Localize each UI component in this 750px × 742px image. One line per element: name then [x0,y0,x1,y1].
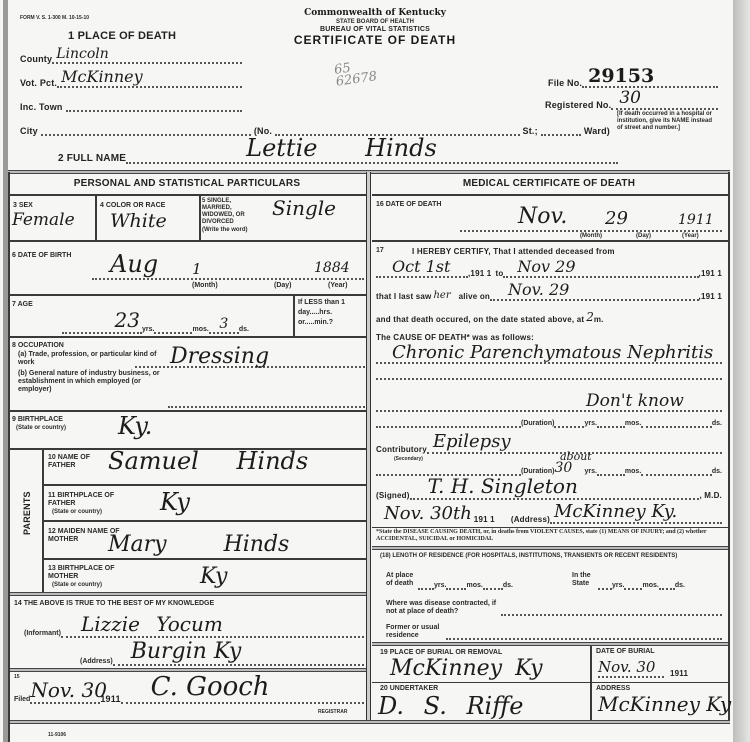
signed-year: 191 1 [474,515,495,524]
marital-note: (Write the word) [202,226,272,234]
date-of-death-label: 16 DATE OF DEATH [376,201,441,209]
month-caption: (Month) [192,282,218,290]
cause-line-2 [376,370,722,380]
disease-contracted-field[interactable]: Where was disease contracted, if not at … [386,596,722,616]
marital-label-block: 5 SINGLE, MARRIED, WIDOWED, OR DIVORCED … [202,198,272,234]
cause-duration-field[interactable]: (Duration) yrs. mos. ds. [376,414,722,428]
physician-signature: T. H. Singleton [410,474,700,500]
personal-heading: PERSONAL AND STATISTICAL PARTICULARS [10,178,364,189]
ds-caption: ds. [503,582,513,590]
age-field[interactable]: 23 yrs. mos. 3 ds. [62,310,284,334]
rule [199,196,201,240]
duration-caption: (Duration) [521,420,554,428]
ds-caption: ds. [712,468,722,476]
full-name-field[interactable]: 2 FULL NAME Lettie Hinds [58,138,618,164]
rule [43,520,366,522]
undertaker-value[interactable]: D. S. Riffe [378,692,523,720]
occupation-b-line [168,400,365,408]
cause-of-death-label: The CAUSE OF DEATH* was as follows: [376,333,534,342]
rule [43,484,366,486]
disease-contracted-label: Where was disease contracted, if not at … [386,600,501,616]
mother-birthplace-label: 13 BIRTHPLACE OF MOTHER [48,565,128,581]
burial-date-field[interactable]: Nov. 30 1911 [598,656,722,678]
former-residence-label: Former or usual residence [386,624,446,640]
birthplace-value[interactable]: Ky. [118,412,152,440]
rule [372,240,728,242]
sex-label: 3 SEX [10,196,95,210]
burial-date: Nov. 30 [598,658,664,678]
age-label: 7 AGE [12,301,33,309]
informant-address-field[interactable]: (Address) Burgin Ky [80,640,364,666]
signed-label: (Signed) [376,491,410,500]
burial-date-label: DATE OF BURIAL [596,648,655,656]
parents-side-label: PARENTS [22,505,32,535]
rule [43,558,366,560]
filed-field[interactable]: Filed Nov. 30 1911 C. Gooch [14,676,364,704]
informant-address-label: (Address) [80,658,113,666]
yrs-caption: yrs. [584,420,596,428]
certify-text: I HEREBY CERTIFY, That I attended deceas… [412,247,615,256]
date-of-death-field[interactable]: Nov. 29 1911 (Month) (Day) (Year) [460,206,722,242]
attended-from-year: ,191 1 [468,269,491,278]
burial-year: 1911 [670,669,688,678]
death-year: 1911 [678,212,714,228]
file-number-value: 29153 [582,66,718,88]
year-caption: (Year) [328,282,347,290]
board-title: STATE BOARD OF HEALTH [270,18,480,26]
at-place-label: At place of death [386,572,416,588]
signed-date: Nov. 30th [384,503,472,524]
death-month-caption: (Month) [580,232,602,240]
mos-caption: mos. [192,326,208,334]
last-saw-year: ,191 1 [699,292,722,301]
death-time-suffix: m. [594,315,604,324]
vot-pct-value: McKinney [57,67,242,88]
certificate-header: Commonwealth of Kentucky STATE BOARD OF … [270,8,480,47]
city-label: City [20,126,38,136]
signed-field[interactable]: (Signed) T. H. Singleton , M.D. [376,478,722,500]
registrar-label: REGISTRAR [318,708,347,716]
residence-heading: (18) LENGTH OF RESIDENCE (FOR HOSPITALS,… [380,553,720,560]
race-label: 4 COLOR OR RACE [98,196,198,210]
rule [372,642,728,646]
father-birthplace-value[interactable]: Ky [160,488,190,516]
to-label: to [495,269,503,278]
sex-value: Female [10,210,95,230]
county-value: Lincoln [52,46,242,64]
registered-number-value: 30 [611,88,718,110]
signed-date-field[interactable]: Nov. 30th 191 1 (Address) McKinney Ky. [384,502,722,524]
registered-number-label: Registered No. [545,100,611,110]
form-number: FORM V. S. 1-300 M. 10-15-10 [20,14,89,22]
day-caption: (Day) [274,282,292,290]
in-state-label: In the State [572,572,598,588]
father-name-value[interactable]: Samuel Hinds [108,447,308,475]
rule [10,336,366,338]
father-birthplace-note: (State or country) [52,508,102,516]
age-years: 23 [62,308,142,334]
sex-field[interactable]: 3 SEX Female [10,196,95,240]
commonwealth-title: Commonwealth of Kentucky [270,8,480,18]
mos-caption: mos. [466,582,482,590]
mos-caption: mos. [642,582,658,590]
contributory-label: Contributory [376,445,427,454]
occupation-b-label: (b) General nature of industry business,… [18,370,170,394]
institution-note: [If death occurred in a hospital or inst… [617,111,717,132]
death-occurred-label: and that death occured, on the date stat… [376,315,584,324]
contributory-field[interactable]: Contributory Epilepsy [376,434,722,454]
informant-label: (Informant) [24,630,61,638]
informant-field[interactable]: (Informant) Lizzie Yocum [24,614,364,638]
vot-pct-label: Vot. Pct. [20,78,57,88]
informant-statement: 14 THE ABOVE IS TRUE TO THE BEST OF MY K… [14,600,214,608]
dob-month: Aug [110,250,158,278]
attended-to-year: ,191 1 [699,269,722,278]
county-label: County [20,54,52,64]
scan-edge-right [733,0,750,742]
signed-address-label: (Address) [511,515,550,524]
mos-caption: mos. [625,420,641,428]
alive-on-label: alive on [459,292,490,301]
full-name-label: 2 FULL NAME [58,153,126,164]
mother-birthplace-value[interactable]: Ky [200,564,227,589]
marital-value[interactable]: Single [272,196,336,220]
place-of-death-heading: 1 PLACE OF DEATH [68,30,176,42]
cause-of-death-value[interactable]: Chronic Parenchymatous Nephritis [376,342,722,364]
dob-field[interactable]: Aug 1 1884 (Month) (Day) (Year) [92,254,364,294]
father-name-label: 10 NAME OF FATHER [48,454,108,470]
informant-address-value: Burgin Ky [113,639,364,666]
bureau-title: BUREAU OF VITAL STATISTICS [270,26,480,33]
last-saw-date: Nov. 29 [490,280,699,301]
ds-caption: ds. [239,326,249,334]
mother-birthplace-note: (State or country) [52,581,102,589]
center-divider [366,172,371,720]
registrar-signature: C. Gooch [121,672,364,704]
attended-from: Oct 1st [376,257,468,278]
last-saw-label: that I last saw [376,292,431,301]
in-state-duration-field[interactable]: yrs. mos. ds. [598,578,722,590]
former-residence-field[interactable]: Former or usual residence [386,620,722,640]
ds-caption: ds. [675,582,685,590]
rule [293,294,295,336]
dob-year: 1884 [314,260,350,276]
full-name-value: Lettie Hinds [126,134,618,164]
at-place-duration-field[interactable]: yrs. mos. ds. [418,578,562,590]
age-months [154,332,192,334]
yrs-caption: yrs. [142,326,154,334]
certify-number: 17 [376,247,384,255]
filed-label: Filed [14,696,30,704]
county-field[interactable]: County Lincoln [20,44,242,64]
last-saw-field[interactable]: that I last saw her alive on Nov. 29 ,19… [376,283,722,301]
left-border [8,172,10,742]
filed-date: Nov. 30 [30,678,100,704]
marital-label: 5 SINGLE, MARRIED, WIDOWED, OR DIVORCED [202,198,257,226]
less-than-day-field[interactable]: If LESS than 1 day.....hrs. or.....min.? [298,298,364,328]
rule [372,194,728,196]
vot-pct-field[interactable]: Vot. Pct. McKinney [20,66,242,88]
occupation-value[interactable]: Dressing [170,344,269,369]
rule [10,592,366,596]
burial-place-value[interactable]: McKinney Ky [390,656,543,681]
rule [10,410,366,412]
rule [372,546,728,550]
inc-town-label: Inc. Town [20,102,63,112]
age-days: 3 [209,316,239,334]
rule [372,527,728,528]
rule [590,646,592,720]
birthplace-note: (State or country) [16,424,66,432]
death-day: 29 [605,208,628,229]
md-label: , M.D. [699,491,722,500]
race-value: White [98,210,198,232]
registered-number-field[interactable]: Registered No. 30 [545,90,718,110]
birthplace-label: 9 BIRTHPLACE [12,416,63,424]
attended-to: Nov 29 [503,257,698,278]
undertaker-address-value[interactable]: McKinney Ky [598,692,731,716]
death-year-caption: (Year) [682,232,699,240]
rule [95,196,97,240]
rule [10,240,366,242]
death-month: Nov. [518,204,567,229]
file-number-field[interactable]: File No. 29153 [548,64,718,88]
pencil-note: 65 62678 [334,59,378,89]
inc-town-field[interactable]: Inc. Town [20,96,242,112]
yrs-caption: yrs. [434,582,446,590]
medical-heading: MEDICAL CERTIFICATE OF DEATH [372,178,726,189]
physician-address: McKinney Ky. [550,501,722,524]
death-day-caption: (Day) [636,232,651,240]
certificate-title: CERTIFICATE OF DEATH [270,33,480,47]
yrs-caption: yrs. [612,582,624,590]
file-number-label: File No. [548,78,582,88]
mother-name-value[interactable]: Mary Hinds [108,532,289,557]
rule [372,682,728,683]
dob-label: 6 DATE OF BIRTH [12,252,71,260]
cause-duration-note[interactable]: Don't know [376,396,722,412]
death-time-field[interactable]: and that death occured, on the date stat… [376,306,722,324]
occupation-label: 8 OCCUPATION [12,342,64,350]
filed-year: 1911 [100,694,120,704]
dob-day: 1 [192,260,202,278]
death-time: 2 [586,310,594,324]
rule [10,294,366,296]
father-birthplace-label: 11 BIRTHPLACE OF FATHER [48,492,128,508]
ds-caption: ds. [712,420,722,428]
last-saw-pronoun: her [433,290,450,301]
form-code: 11-9106 [48,731,66,739]
attended-dates-field[interactable]: Oct 1st ,191 1 to Nov 29 ,191 1 [376,258,722,278]
death-certificate: FORM V. S. 1-300 M. 10-15-10 Commonwealt… [0,0,750,742]
rule [10,720,730,724]
race-field[interactable]: 4 COLOR OR RACE White [98,196,198,240]
inc-town-value [66,110,242,112]
cause-footnote: *State the DISEASE CAUSING DEATH, or, in… [376,529,724,543]
informant-value: Lizzie Yocum [61,612,364,638]
right-border [728,172,730,720]
